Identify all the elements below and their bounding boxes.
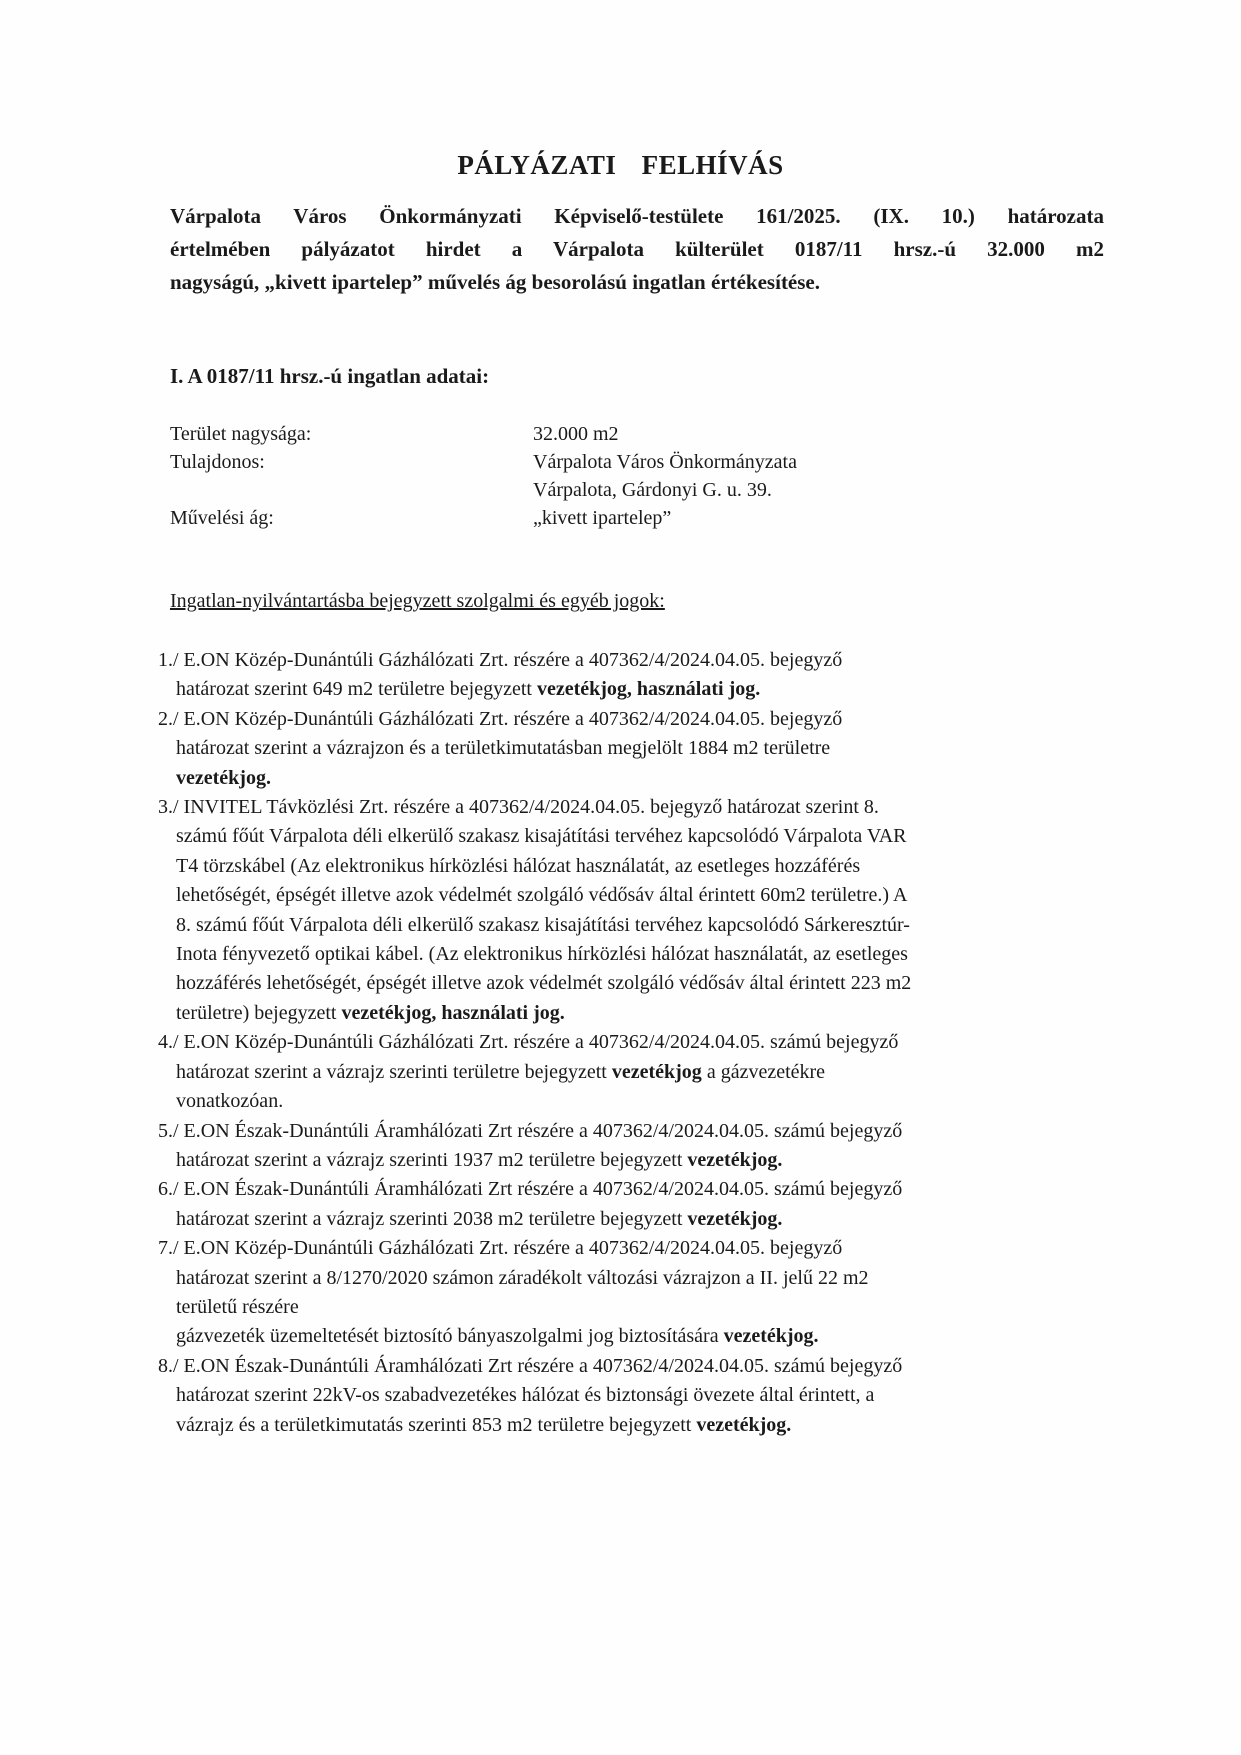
property-value: „kivett ipartelep” (533, 504, 671, 532)
property-label: Művelési ág: (170, 504, 274, 532)
rights-emphasis: vezetékjog. (687, 1208, 782, 1230)
rights-item-line: határozat szerint a vázrajz szerinti 203… (158, 1205, 1118, 1234)
property-value: Várpalota Város Önkormányzata (533, 448, 797, 476)
rights-text: határozat szerint 22kV-os szabadvezetéke… (176, 1384, 874, 1406)
rights-text: területű részére (176, 1296, 299, 1318)
rights-text: hozzáférés lehetőségét, épségét illetve … (176, 972, 911, 994)
rights-emphasis: vezetékjog (612, 1061, 702, 1083)
rights-item-line: határozat szerint a vázrajzon és a terül… (158, 734, 1118, 763)
rights-item-line: 4./ E.ON Közép-Dunántúli Gázhálózati Zrt… (158, 1028, 1118, 1057)
rights-text: határozat szerint a vázrajz szerinti ter… (176, 1061, 612, 1083)
rights-item-line: 6./ E.ON Észak-Dunántúli Áramhálózati Zr… (158, 1175, 1118, 1204)
rights-emphasis: vezetékjog. (687, 1149, 782, 1171)
rights-emphasis: vezetékjog. (696, 1414, 791, 1436)
rights-item-line: 5./ E.ON Észak-Dunántúli Áramhálózati Zr… (158, 1117, 1118, 1146)
rights-text: 1./ E.ON Közép-Dunántúli Gázhálózati Zrt… (158, 649, 842, 671)
intro-line: értelmében pályázatot hirdet a Várpalota… (170, 233, 1104, 266)
rights-item-line: területű részére (158, 1293, 1118, 1322)
rights-text: 4./ E.ON Közép-Dunántúli Gázhálózati Zrt… (158, 1031, 898, 1053)
rights-item: 2./ E.ON Közép-Dunántúli Gázhálózati Zrt… (158, 705, 1118, 793)
rights-text: területre) bejegyzett (176, 1002, 341, 1024)
rights-text: 3./ INVITEL Távközlési Zrt. részére a 40… (158, 796, 879, 818)
rights-text: határozat szerint a vázrajz szerinti 203… (176, 1208, 687, 1230)
rights-text: lehetőségét, épségét illetve azok védelm… (176, 884, 907, 906)
rights-text: határozat szerint a 8/1270/2020 számon z… (176, 1267, 869, 1289)
rights-text: vázrajz és a területkimutatás szerinti 8… (176, 1414, 696, 1436)
rights-item-line: 2./ E.ON Közép-Dunántúli Gázhálózati Zrt… (158, 705, 1118, 734)
rights-text: határozat szerint 649 m2 területre bejeg… (176, 678, 537, 700)
rights-list: 1./ E.ON Közép-Dunántúli Gázhálózati Zrt… (158, 646, 1118, 1440)
rights-item: 3./ INVITEL Távközlési Zrt. részére a 40… (158, 793, 1118, 1028)
rights-text: a gázvezetékre (702, 1061, 825, 1083)
rights-item: 8./ E.ON Észak-Dunántúli Áramhálózati Zr… (158, 1352, 1118, 1440)
rights-text: határozat szerint a vázrajzon és a terül… (176, 737, 830, 759)
rights-item-line: számú főút Várpalota déli elkerülő szaka… (158, 822, 1118, 851)
rights-item-line: vázrajz és a területkimutatás szerinti 8… (158, 1411, 1118, 1440)
rights-item-line: 1./ E.ON Közép-Dunántúli Gázhálózati Zrt… (158, 646, 1118, 675)
property-label: Terület nagysága: (170, 420, 311, 448)
rights-item-line: gázvezeték üzemeltetését biztosító bánya… (158, 1322, 1118, 1351)
rights-item-line: határozat szerint a 8/1270/2020 számon z… (158, 1264, 1118, 1293)
rights-emphasis: vezetékjog, használati jog. (341, 1002, 564, 1024)
section-heading: I. A 0187/11 hrsz.-ú ingatlan adatai: (170, 364, 489, 389)
property-value: Várpalota, Gárdonyi G. u. 39. (533, 476, 772, 504)
rights-text: T4 törzskábel (Az elektronikus hírközlés… (176, 855, 860, 877)
rights-item-line: vonatkozóan. (158, 1087, 1118, 1116)
document-page: PÁLYÁZATI FELHÍVÁS Várpalota Város Önkor… (0, 0, 1241, 1755)
intro-line: nagyságú, „kivett ipartelep” művelés ág … (170, 266, 1104, 299)
rights-item: 7./ E.ON Közép-Dunántúli Gázhálózati Zrt… (158, 1234, 1118, 1352)
rights-item: 5./ E.ON Észak-Dunántúli Áramhálózati Zr… (158, 1117, 1118, 1176)
rights-item-line: 3./ INVITEL Távközlési Zrt. részére a 40… (158, 793, 1118, 822)
rights-text: 7./ E.ON Közép-Dunántúli Gázhálózati Zrt… (158, 1237, 842, 1259)
property-row: Tulajdonos: Várpalota Város Önkormányzat… (170, 448, 1070, 476)
rights-text: számú főút Várpalota déli elkerülő szaka… (176, 825, 907, 847)
rights-item: 6./ E.ON Észak-Dunántúli Áramhálózati Zr… (158, 1175, 1118, 1234)
rights-emphasis: vezetékjog. (724, 1325, 819, 1347)
rights-item-line: 7./ E.ON Közép-Dunántúli Gázhálózati Zrt… (158, 1234, 1118, 1263)
property-value: 32.000 m2 (533, 420, 619, 448)
rights-text: Inota fényvezető optikai kábel. (Az elek… (176, 943, 908, 965)
intro-paragraph: Várpalota Város Önkormányzati Képviselő-… (170, 200, 1104, 299)
rights-text: vonatkozóan. (176, 1090, 283, 1112)
rights-item-line: határozat szerint 649 m2 területre bejeg… (158, 675, 1118, 704)
intro-line: Várpalota Város Önkormányzati Képviselő-… (170, 200, 1104, 233)
rights-text: 6./ E.ON Észak-Dunántúli Áramhálózati Zr… (158, 1178, 902, 1200)
rights-text: 8./ E.ON Észak-Dunántúli Áramhálózati Zr… (158, 1355, 902, 1377)
rights-item-line: határozat szerint a vázrajz szerinti 193… (158, 1146, 1118, 1175)
rights-text: gázvezeték üzemeltetését biztosító bánya… (176, 1325, 724, 1347)
rights-text: 5./ E.ON Észak-Dunántúli Áramhálózati Zr… (158, 1120, 902, 1142)
rights-item-line: 8. számú főút Várpalota déli elkerülő sz… (158, 911, 1118, 940)
rights-item: 1./ E.ON Közép-Dunántúli Gázhálózati Zrt… (158, 646, 1118, 705)
rights-item-line: vezetékjog. (158, 764, 1118, 793)
rights-emphasis: vezetékjog, használati jog. (537, 678, 760, 700)
rights-text: 8. számú főút Várpalota déli elkerülő sz… (176, 914, 910, 936)
rights-heading: Ingatlan-nyilvántartásba bejegyzett szol… (170, 590, 665, 613)
rights-item-line: T4 törzskábel (Az elektronikus hírközlés… (158, 852, 1118, 881)
rights-item-line: lehetőségét, épségét illetve azok védelm… (158, 881, 1118, 910)
document-title: PÁLYÁZATI FELHÍVÁS (0, 150, 1241, 181)
rights-item-line: 8./ E.ON Észak-Dunántúli Áramhálózati Zr… (158, 1352, 1118, 1381)
property-row: Terület nagysága: 32.000 m2 (170, 420, 1070, 448)
property-row: Művelési ág: „kivett ipartelep” (170, 504, 1070, 532)
rights-item-line: Inota fényvezető optikai kábel. (Az elek… (158, 940, 1118, 969)
property-row: Várpalota, Gárdonyi G. u. 39. (170, 476, 1070, 504)
rights-item-line: határozat szerint 22kV-os szabadvezetéke… (158, 1381, 1118, 1410)
property-details: Terület nagysága: 32.000 m2 Tulajdonos: … (170, 420, 1070, 532)
rights-item: 4./ E.ON Közép-Dunántúli Gázhálózati Zrt… (158, 1028, 1118, 1116)
rights-item-line: hozzáférés lehetőségét, épségét illetve … (158, 969, 1118, 998)
rights-emphasis: vezetékjog. (176, 767, 271, 789)
rights-text: határozat szerint a vázrajz szerinti 193… (176, 1149, 687, 1171)
rights-text: 2./ E.ON Közép-Dunántúli Gázhálózati Zrt… (158, 708, 842, 730)
property-label: Tulajdonos: (170, 448, 265, 476)
rights-item-line: területre) bejegyzett vezetékjog, haszná… (158, 999, 1118, 1028)
rights-item-line: határozat szerint a vázrajz szerinti ter… (158, 1058, 1118, 1087)
